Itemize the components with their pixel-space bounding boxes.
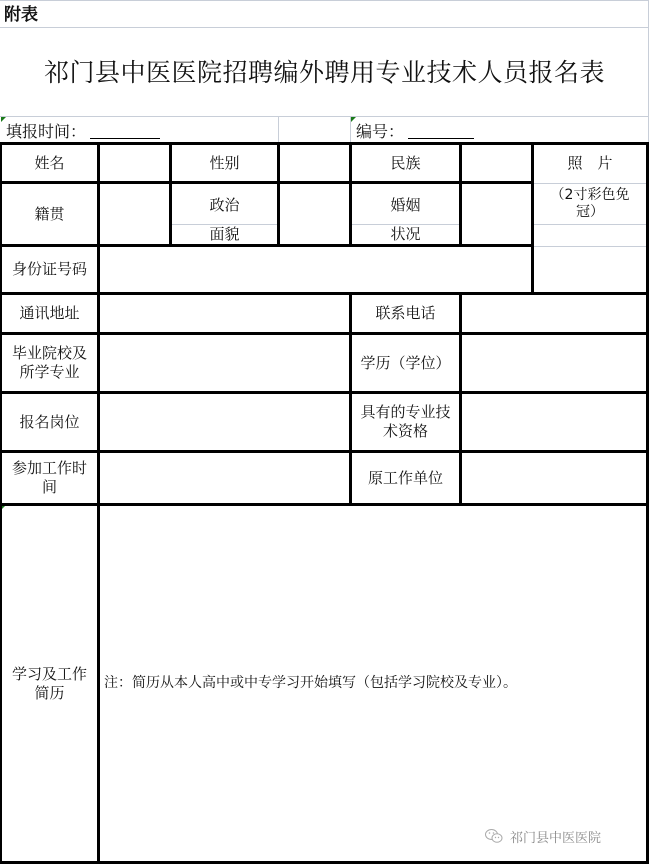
label-qualification-line2: 术资格 bbox=[383, 422, 428, 441]
input-ethnicity[interactable] bbox=[462, 145, 531, 181]
input-id-number[interactable] bbox=[100, 247, 531, 292]
label-political-line2: 面貌 bbox=[172, 225, 277, 244]
label-school-line2: 所学专业 bbox=[19, 363, 79, 382]
gridline bbox=[0, 0, 649, 1]
input-gender[interactable] bbox=[280, 145, 349, 181]
input-resume[interactable]: 注：简历从本人高中或中专学习开始填写（包括学习院校及专业）。 bbox=[100, 506, 646, 861]
label-marital-line1: 婚姻 bbox=[352, 186, 459, 224]
label-school: 毕业院校及 所学专业 bbox=[2, 335, 97, 391]
input-native-place[interactable] bbox=[100, 184, 169, 244]
label-resume: 学习及工作 简历 bbox=[2, 506, 97, 861]
photo-note-line1: （2寸彩色免 bbox=[551, 187, 630, 204]
label-work-start-line2: 间 bbox=[42, 478, 57, 497]
input-address[interactable] bbox=[100, 295, 349, 332]
label-id-number: 身份证号码 bbox=[2, 247, 97, 292]
gridline bbox=[278, 116, 279, 143]
input-qualification[interactable] bbox=[462, 394, 646, 450]
input-position[interactable] bbox=[100, 394, 349, 450]
input-former-employer[interactable] bbox=[462, 453, 646, 503]
input-education[interactable] bbox=[462, 335, 646, 391]
fill-time-blank[interactable] bbox=[90, 124, 160, 139]
label-position: 报名岗位 bbox=[2, 394, 97, 450]
label-native-place: 籍贯 bbox=[2, 184, 97, 244]
label-address: 通讯地址 bbox=[2, 295, 97, 332]
label-gender: 性别 bbox=[172, 145, 277, 181]
label-work-start: 参加工作时 间 bbox=[2, 453, 97, 503]
watermark: 祁门县中医医院 bbox=[484, 826, 601, 846]
label-ethnicity: 民族 bbox=[352, 145, 459, 181]
label-name: 姓名 bbox=[2, 145, 97, 181]
wechat-icon bbox=[484, 828, 504, 844]
photo-area[interactable] bbox=[534, 247, 646, 292]
number-field[interactable]: 编号： bbox=[356, 119, 474, 143]
fill-time-label: 填报时间： bbox=[6, 122, 86, 141]
label-political-line1: 政治 bbox=[172, 186, 277, 224]
input-work-start[interactable] bbox=[100, 453, 349, 503]
label-resume-line1: 学习及工作 bbox=[12, 665, 87, 684]
label-qualification: 具有的专业技 术资格 bbox=[352, 394, 459, 450]
number-label: 编号： bbox=[356, 122, 404, 141]
label-education: 学历（学位） bbox=[352, 335, 459, 391]
input-political[interactable] bbox=[280, 184, 349, 244]
number-blank[interactable] bbox=[408, 124, 474, 139]
input-school[interactable] bbox=[100, 335, 349, 391]
photo-note-line2: 冠） bbox=[576, 204, 604, 221]
label-former-employer: 原工作单位 bbox=[352, 453, 459, 503]
label-resume-line2: 简历 bbox=[34, 684, 64, 703]
input-phone[interactable] bbox=[462, 295, 646, 332]
form-title: 祁门县中医医院招聘编外聘用专业技术人员报名表 bbox=[0, 28, 649, 116]
label-qualification-line1: 具有的专业技 bbox=[360, 403, 450, 422]
label-marital-line2: 状况 bbox=[352, 225, 459, 244]
label-photo: 照 片 bbox=[534, 145, 646, 181]
gridline bbox=[532, 224, 648, 225]
label-work-start-line1: 参加工作时 bbox=[12, 459, 87, 478]
appendix-label: 附表 bbox=[4, 4, 38, 26]
watermark-text: 祁门县中医医院 bbox=[510, 827, 601, 846]
input-marital[interactable] bbox=[462, 184, 531, 244]
label-school-line1: 毕业院校及 bbox=[12, 344, 87, 363]
fill-time-field[interactable]: 填报时间： bbox=[6, 119, 160, 143]
gridline bbox=[0, 116, 649, 117]
input-name[interactable] bbox=[100, 145, 169, 181]
resume-note: 注：简历从本人高中或中专学习开始填写（包括学习院校及专业）。 bbox=[104, 674, 517, 693]
photo-note: （2寸彩色免 冠） bbox=[534, 184, 646, 224]
label-phone: 联系电话 bbox=[352, 295, 459, 332]
